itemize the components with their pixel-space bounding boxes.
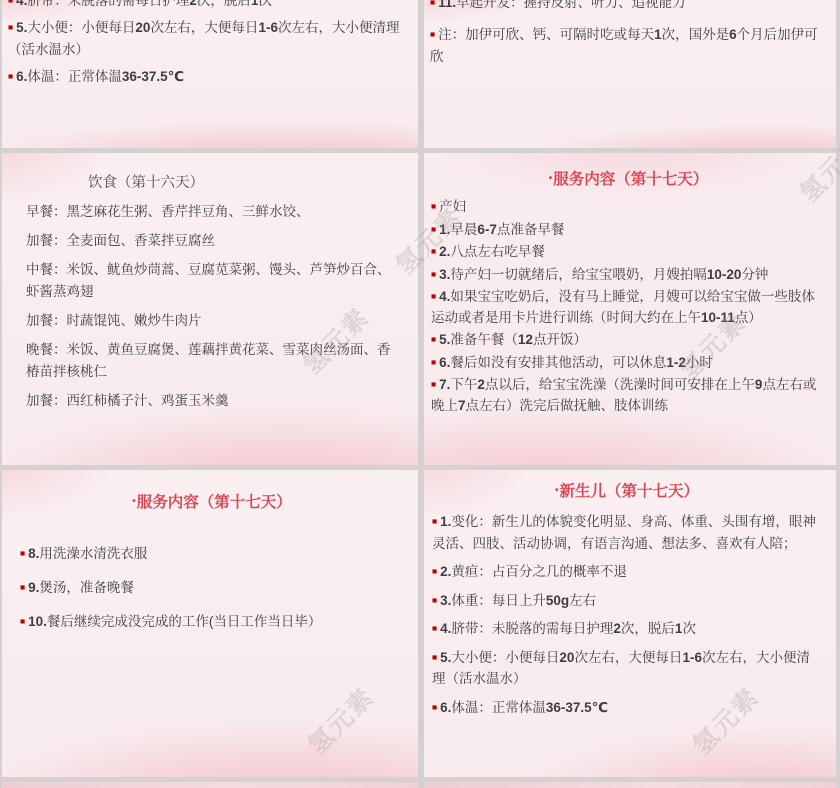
slide-panel-service-day17-continued[interactable]: •服务内容（第十七天） ■8.用洗澡水清洗衣服■9.煲汤，准备晚餐■10.餐后继…: [2, 470, 418, 777]
title-bullet-icon: •: [549, 173, 553, 184]
text-line: ■产妇: [431, 196, 826, 218]
text-line: ■4.脐带：未脱落的需每日护理2次，脱后1次: [432, 618, 822, 640]
text-line: ■6.体温：正常体温36-37.5℃: [432, 697, 822, 719]
text-line: ■11.早起开发：握持反射、听力、追视能力: [430, 0, 828, 14]
slide-title: •服务内容（第十七天）: [431, 169, 826, 190]
text-line: ■3.待产妇一切就绪后，给宝宝喂奶，月嫂拍嗝10-20分钟: [431, 264, 826, 286]
bullet-square-icon: ■: [20, 548, 25, 558]
bullet-square-icon: ■: [431, 224, 436, 234]
text-line: ■5.大小便：小便每日20次左右，大便每日1-6次左右，大小便清理（活水温水）: [8, 16, 408, 61]
slide-panel-service-day16[interactable]: ■11.早起开发：握持反射、听力、追视能力■注：加伊可欣、钙、可隔时吃或每天1次…: [424, 0, 836, 148]
bullet-square-icon: ■: [430, 29, 435, 39]
slide-body: 饮食（第十六天） 早餐：黑芝麻花生粥、香芹拌豆角、三鲜水饺、加餐：全麦面包、香菜…: [2, 153, 418, 412]
bullet-square-icon: ■: [8, 22, 13, 32]
title-bullet-icon: •: [555, 485, 559, 496]
bullet-square-icon: ■: [432, 623, 437, 633]
slide-body: •服务内容（第十七天） ■8.用洗澡水清洗衣服■9.煲汤，准备晚餐■10.餐后继…: [2, 470, 418, 633]
bullet-square-icon: ■: [8, 71, 13, 81]
slide-preview-grid: ■4.脐带：未脱落的需每日护理2次，脱后1次■5.大小便：小便每日20次左右，大…: [0, 0, 840, 788]
bullet-square-icon: ■: [20, 582, 25, 592]
text-line: 加餐：全麦面包、香菜拌豆腐丝: [26, 230, 400, 252]
slide-panel-newborn-day17[interactable]: •新生儿（第十七天） ■1.变化：新生儿的体貌变化明显、身高、体重、头围有增，眼…: [424, 470, 836, 777]
text-line: 早餐：黑芝麻花生粥、香芹拌豆角、三鲜水饺、: [26, 201, 400, 223]
text-line: ■9.煲汤，准备晚餐: [20, 576, 404, 599]
slide-title-text: 服务内容（第十七天）: [137, 494, 292, 511]
bullet-square-icon: ■: [20, 616, 25, 626]
slide-item-list: ■1.变化：新生儿的体貌变化明显、身高、体重、头围有增，眼神灵活、四肢、活动协调…: [432, 511, 822, 718]
text-line: ■7.下午2点以后，给宝宝洗澡（洗澡时间可安排在上午9点左右或晚上7点左右）洗完…: [431, 374, 826, 416]
bullet-square-icon: ■: [431, 291, 436, 301]
next-slide-top-edge[interactable]: [424, 782, 836, 788]
slide-body: •新生儿（第十七天） ■1.变化：新生儿的体貌变化明显、身高、体重、头围有增，眼…: [424, 470, 836, 718]
bullet-square-icon: ■: [432, 595, 437, 605]
bullet-square-icon: ■: [431, 357, 436, 367]
bullet-square-icon: ■: [430, 0, 435, 7]
bullet-square-icon: ■: [432, 516, 437, 526]
text-line: 加餐：西红柿橘子汁、鸡蛋玉米羹: [26, 390, 400, 412]
text-line: ■4.如果宝宝吃奶后，没有马上睡觉，月嫂可以给宝宝做一些肢体运动或者是用卡片进行…: [431, 286, 826, 328]
bullet-square-icon: ■: [432, 566, 437, 576]
text-line: ■5.准备午餐（12点开饭）: [431, 329, 826, 351]
title-bullet-icon: •: [132, 496, 136, 507]
bullet-square-icon: ■: [431, 334, 436, 344]
bullet-square-icon: ■: [432, 702, 437, 712]
text-line: ■1.早晨6-7点准备早餐: [431, 219, 826, 241]
text-line: ■10.餐后继续完成没完成的工作(当日工作当日毕）: [20, 610, 404, 633]
text-line: ■2.八点左右吃早餐: [431, 241, 826, 263]
text-line: ■2.黄疸：占百分之几的概率不退: [432, 561, 822, 583]
text-line: 晚餐：米饭、黄鱼豆腐煲、莲藕拌黄花菜、雪菜肉丝汤面、香椿苗拌核桃仁: [26, 339, 400, 383]
slide-item-list: 早餐：黑芝麻花生粥、香芹拌豆角、三鲜水饺、加餐：全麦面包、香菜拌豆腐丝中餐：米饭…: [26, 201, 400, 412]
text-line: 加餐：时蔬馄饨、嫩炒牛肉片: [26, 310, 400, 332]
slide-panel-newborn-day16[interactable]: ■4.脐带：未脱落的需每日护理2次，脱后1次■5.大小便：小便每日20次左右，大…: [2, 0, 418, 148]
bullet-square-icon: ■: [431, 269, 436, 279]
bullet-square-icon: ■: [431, 201, 436, 211]
bullet-square-icon: ■: [8, 0, 13, 5]
slide-item-list: ■8.用洗澡水清洗衣服■9.煲汤，准备晚餐■10.餐后继续完成没完成的工作(当日…: [20, 542, 404, 633]
slide-title-text: 新生儿（第十七天）: [560, 483, 700, 500]
slide-title: •新生儿（第十七天）: [432, 481, 822, 502]
bullet-square-icon: ■: [431, 379, 436, 389]
bullet-square-icon: ■: [431, 246, 436, 256]
text-line: ■6.体温：正常体温36-37.5℃: [8, 65, 408, 88]
bullet-square-icon: ■: [432, 652, 437, 662]
text-line: ■1.变化：新生儿的体貌变化明显、身高、体重、头围有增，眼神灵活、四肢、活动协调…: [432, 511, 822, 554]
slide-title-text: 服务内容（第十七天）: [553, 171, 708, 188]
text-line: ■5.大小便：小便每日20次左右，大便每日1-6次左右，大小便清理（活水温水）: [432, 647, 822, 690]
text-line: ■注：加伊可欣、钙、可隔时吃或每天1次，国外是6个月后加伊可欣: [430, 23, 828, 68]
text-line: ■6.餐后如没有安排其他活动，可以休息1-2小时: [431, 352, 826, 374]
next-slide-top-edge[interactable]: [2, 782, 418, 788]
slide-panel-service-day17[interactable]: •服务内容（第十七天） ■产妇■1.早晨6-7点准备早餐■2.八点左右吃早餐■3…: [424, 153, 836, 465]
text-line: ■3.体重：每日上升50g左右: [432, 590, 822, 612]
text-line: ■8.用洗澡水清洗衣服: [20, 542, 404, 565]
text-line: ■4.脐带：未脱落的需每日护理2次，脱后1次: [8, 0, 408, 12]
slide-item-list: ■产妇■1.早晨6-7点准备早餐■2.八点左右吃早餐■3.待产妇一切就绪后，给宝…: [431, 196, 826, 416]
slide-title-text: 饮食（第十六天）: [88, 175, 204, 191]
slide-title: 饮食（第十六天）: [88, 173, 400, 193]
slide-body: ■11.早起开发：握持反射、听力、追视能力■注：加伊可欣、钙、可隔时吃或每天1次…: [424, 0, 836, 68]
slide-panel-diet-day16[interactable]: 饮食（第十六天） 早餐：黑芝麻花生粥、香芹拌豆角、三鲜水饺、加餐：全麦面包、香菜…: [2, 153, 418, 465]
slide-title: •服务内容（第十七天）: [20, 492, 404, 513]
slide-body: •服务内容（第十七天） ■产妇■1.早晨6-7点准备早餐■2.八点左右吃早餐■3…: [424, 153, 836, 416]
text-line: 中餐：米饭、鱿鱼炒茼蒿、豆腐苋菜粥、馒头、芦笋炒百合、虾酱蒸鸡翅: [26, 259, 400, 303]
slide-body: ■4.脐带：未脱落的需每日护理2次，脱后1次■5.大小便：小便每日20次左右，大…: [2, 0, 418, 88]
